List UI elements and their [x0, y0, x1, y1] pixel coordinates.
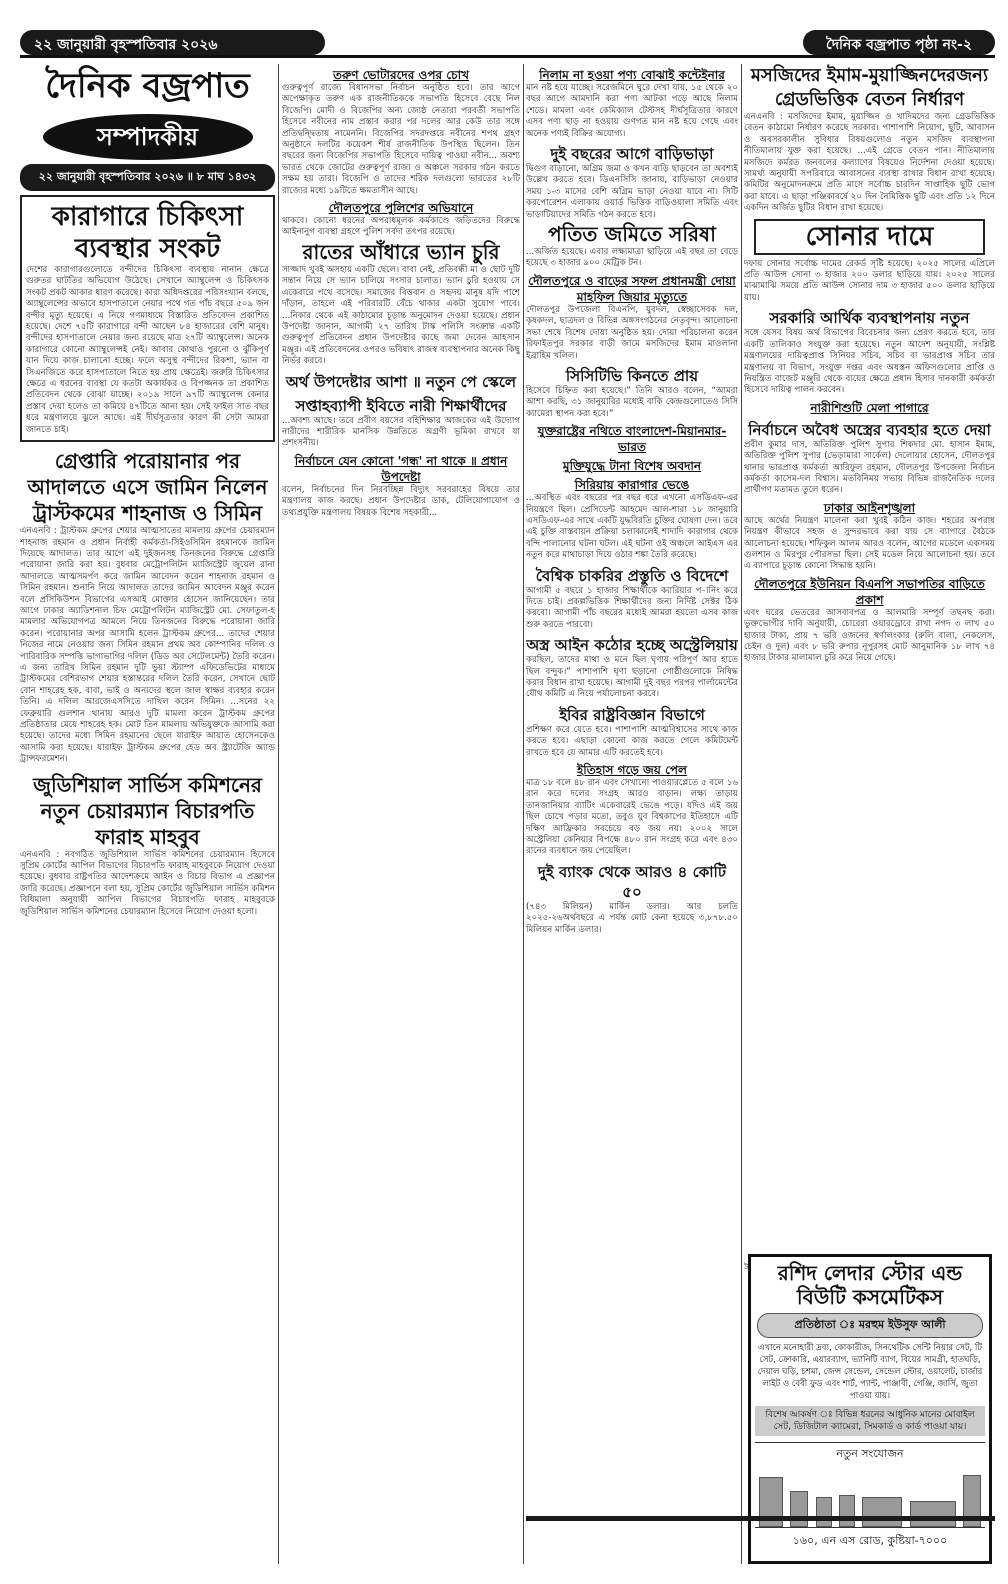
header-page-number: দৈনিক বজ্রপাত পৃষ্ঠা নং-২ — [803, 30, 995, 55]
story-body: সাজ্জাদ খুবই অসহায় একটি ছেলে। বাবা নেই,… — [282, 265, 520, 368]
story-headline: সরকারি আর্থিক ব্যবস্থাপনায় নতুন — [744, 308, 995, 328]
story-headline: নির্বাচনে অবৈধ অস্ত্রের ব্যবহার হতে দেয়… — [744, 420, 995, 440]
story-headline: ঢাকার আইনশৃঙ্খলা — [744, 500, 995, 516]
ad-new-addition: নতুন সংযোজন — [755, 1442, 985, 1464]
story-body: মাত্র ১৮ বলে ৪৮ রান এবং সেখানো পাওয়ারপ্… — [526, 778, 738, 858]
ad-special-offer: বিশেষ আকর্ষণ ঃ বিভিন্ন ধরনের আধুনিক মানে… — [755, 1406, 985, 1436]
story-headline: নিলাম না হওয়া পণ্য বোঝাই কন্টেইনার — [526, 67, 738, 83]
story-body: করছিল, তাদের মাথা ও মনে ছিল ঘৃণায় পরিপূ… — [526, 655, 738, 701]
story-body: এনএনবি : মসজিদের ইমাম, মুয়াজ্জিন ও খাদি… — [744, 112, 995, 215]
column-divider — [741, 64, 742, 1564]
editorial-body: দেশের কারাগারগুলোতে বন্দীদের চিকিৎসা ব্য… — [26, 265, 269, 436]
story-headline: পতিত জমিতে সরিষা — [526, 221, 738, 247]
mobile-phone-icon — [816, 1497, 832, 1527]
story-body: ...অবশ্য আছে। তবে প্রবীণ বয়সের বহিশিক্ষ… — [282, 416, 520, 450]
ad-tag: নিউ — [744, 1261, 749, 1273]
story-headline: সোনার দামে — [754, 219, 985, 255]
story-body: এবং ঘরের ভেতরের আসবাবপত্র ও আলমারি সম্পূ… — [744, 608, 995, 665]
story-body: এনএনবি : নবগঠিত জুডিশিয়াল সার্ভিস কমিশন… — [20, 850, 275, 918]
story-headline: ইবির রাষ্ট্রবিজ্ঞান বিভাগে — [526, 705, 738, 725]
story-body: সঙ্গে যেসব বিষয় অর্থ বিভাগের বিবেচনার জ… — [744, 328, 995, 396]
bottom-rule — [526, 1516, 995, 1521]
masthead-date: ২২ জানুয়ারী বৃহস্পতিবার ২০২৬ ॥ ৮ মাঘ ১৪… — [20, 164, 275, 191]
story-body: গুরুত্বপূর্ণ রাজ্যে বিধানসভা নির্বাচন অন… — [282, 83, 520, 197]
editorial-box: কারাগারে চিকিৎসা ব্যবস্থার সংকট দেশের কা… — [20, 195, 275, 442]
column-3: নিলাম না হওয়া পণ্য বোঝাই কন্টেইনার মান … — [526, 64, 738, 1564]
ad-items: এখানে মনোহারী দ্রব্য, কোকারীজ, সিনথেটিক … — [755, 1342, 985, 1402]
page-header: ২২ জানুয়ারী বৃহস্পতিবার ২০২৬ দৈনিক বজ্র… — [20, 28, 995, 58]
video-camera-icon — [910, 1501, 956, 1527]
story-headline: গ্রেপ্তারি পরোয়ানার পর আদালতে এসে জামিন… — [20, 448, 275, 526]
story-headline: ইতিহাস গড়ে জয় পেল — [526, 762, 738, 778]
story-headline: সিসিটিভি কিনতে প্রায় — [526, 366, 738, 386]
story-headline: যুক্তরাষ্ট্রের নথিতে বাংলাদেশ-মিয়ানমার-… — [526, 423, 738, 455]
story-headline: দৌলতপুরে ও বাড়ের সফল প্রধানমন্ত্রী দোয়… — [526, 273, 738, 305]
story-body: বলেন, নির্বাচনের দিন নিরবচ্ছিন্ন বিদ্যুৎ… — [282, 485, 520, 519]
newspaper-page: ২২ জানুয়ারী বৃহস্পতিবার ২০২৬ দৈনিক বজ্র… — [20, 28, 995, 1568]
story-body: প্রশিক্ষণ করে যেতে হবে। পাশাপাশি আত্মবিশ… — [526, 725, 738, 759]
story-headline: দুই বছরের আগে বাড়িভাড়া — [526, 144, 738, 164]
mobile-phone-icon — [790, 1491, 808, 1527]
masthead-title: দৈনিক বজ্রপাত — [20, 64, 275, 108]
story-headline: বৈশ্বিক চাকরির প্রস্তুতি ও বিদেশে — [526, 566, 738, 586]
ad-founder: প্রতিষ্ঠাতা ঃ মরহুম ইউসুফ আলী — [757, 1313, 983, 1338]
column-divider — [278, 64, 279, 1564]
editorial-headline: কারাগারে চিকিৎসা ব্যবস্থার সংকট — [26, 201, 269, 265]
story-headline: অস্ত্র আইন কঠোর হচ্ছে অস্ট্রেলিয়ায় — [526, 635, 738, 655]
story-headline: নির্বাচনে যেন কোনো 'গন্ধ' না থাকে ॥ প্রধ… — [282, 453, 520, 485]
story-body: হিসেবে চিহ্নিত করা হয়েছে।” তিনি আরও বলে… — [526, 386, 738, 420]
story-body: মান নষ্ট হয়ে যাচ্ছে। সরেজমিনে ঘুরে দেখা… — [526, 83, 738, 140]
mobile-phone-icon — [839, 1495, 855, 1527]
story-headline: সিরিয়ায় কারাগার ভেঙে — [526, 477, 738, 493]
column-editorial: দৈনিক বজ্রপাত সম্পাদকীয় ২২ জানুয়ারী বৃ… — [20, 64, 275, 1564]
story-body: দ্বিগুণ বাড়ানো, অগ্রিম জমা ও কখন বাড়ি … — [526, 164, 738, 221]
column-divider — [523, 64, 524, 1564]
story-headline: মুক্তিযুদ্ধে টানা বিশেষ অবদান — [526, 458, 738, 474]
story-body: আছে অর্থের নিয়ন্ত্রণ মালেনা করা খুবই কঠ… — [744, 516, 995, 573]
camera-icon — [862, 1497, 902, 1527]
story-body: ...অবস্থিত এবং বছরের পর বছর ধরে এখনো এসড… — [526, 493, 738, 561]
ad-shop-name: রশিদ লেদার স্টোর এন্ড বিউটি কসমেটিকস — [755, 1261, 985, 1309]
section-label-editorial: সম্পাদকীয় — [43, 114, 253, 160]
story-body: ...অর্জিত হয়েছে। এবার লক্ষ্যমাত্রা ছাড়… — [526, 247, 738, 270]
column-4: মসজিদের ইমাম-মুয়াজ্জিনদেরজন্য গ্রেডভিত্… — [744, 64, 995, 1564]
story-body: আগামী ৫ বছরে ১ হাজার শিক্ষার্থীকে ক্যারি… — [526, 586, 738, 632]
story-body: (৭৪৩ মিলিয়ন) মার্কিন ডলার। আর চলতি ২০২৫… — [526, 902, 738, 936]
story-headline: অর্থ উপদেষ্টার আশা ॥ নতুন পে স্কেলে — [282, 372, 520, 392]
ad-address: ১৬০, এন এস রোড, কুষ্টিয়া-৭০০০ — [755, 1532, 985, 1551]
story-body: দফায় সোনার সর্বোচ্চ দামের রেকর্ড সৃষ্টি… — [744, 259, 995, 305]
story-headline: সপ্তাহব্যাপী ইবিতে নারী শিক্ষার্থীদের — [282, 396, 520, 416]
story-headline: দৌলতপুরে পুলিশের অভিযানে — [282, 200, 520, 216]
story-headline: দৌলতপুরে ইউনিয়ন বিএনপি সভাপতির বাড়িতে … — [744, 576, 995, 608]
story-headline: নারীশিশুটি মেলা পাগারে — [744, 400, 995, 416]
header-date: ২২ জানুয়ারী বৃহস্পতিবার ২০২৬ — [20, 30, 325, 55]
story-headline: দুই ব্যাংক থেকে আরও ৪ কোটি ৫০ — [526, 862, 738, 902]
story-body: দৌলতপুর উপজেলা বিএনপি, যুবদল, স্বেচ্ছাসে… — [526, 305, 738, 362]
column-2: তরুণ ভোটারদের ওপর চোখ গুরুত্বপূর্ণ রাজ্য… — [282, 64, 520, 1564]
story-body: প্রবীণ কুমার দাস, অতিরিক্ত পুলিশ সুপার শ… — [744, 440, 995, 497]
story-headline: রাতের আঁধারে ভ্যান চুরি — [282, 239, 520, 265]
story-headline: জুডিশিয়াল সার্ভিস কমিশনের নতুন চেয়ারম্… — [20, 772, 275, 850]
story-headline: মসজিদের ইমাম-মুয়াজ্জিনদেরজন্য গ্রেডভিত্… — [744, 64, 995, 112]
story-headline: তরুণ ভোটারদের ওপর চোখ — [282, 67, 520, 83]
story-body: এনএনবি : ট্রাস্টকম গ্রুপের শেয়ার আত্মসা… — [20, 526, 275, 766]
story-body: থাকবে। কোনো ধরনের অপরাধমূলক কর্মকাণ্ডে জ… — [282, 216, 520, 239]
